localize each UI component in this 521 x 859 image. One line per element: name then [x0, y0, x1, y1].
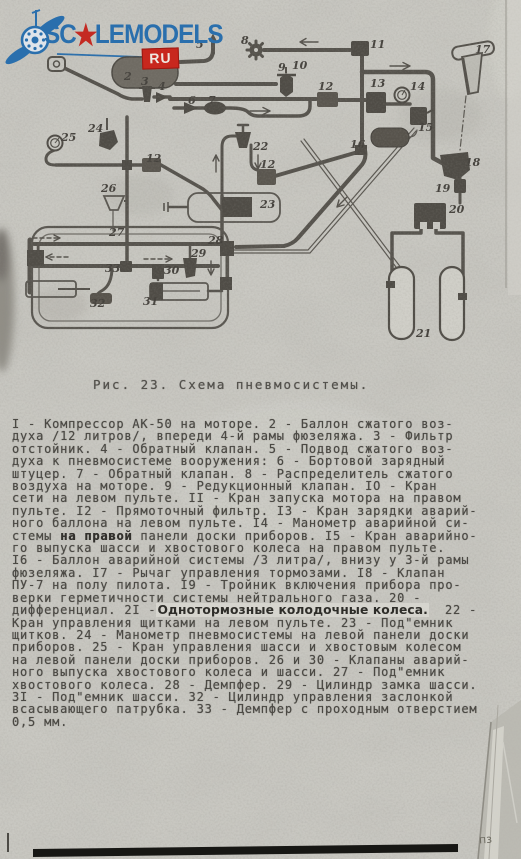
legend-line: всасывающего патрубка. 33 - Демпфер с пр… [12, 703, 512, 715]
logo-text: SC★LEMODELS [44, 18, 223, 53]
page-number: пз [479, 833, 493, 847]
logo-text-pre: SC [44, 19, 76, 49]
logo-star-icon: ★ [74, 20, 97, 52]
legend-segment: 0,5 мм. [12, 715, 68, 729]
logo-ru-badge: RU [142, 47, 180, 69]
logo-text-post: LEMODELS [95, 19, 223, 49]
legend-line: 0,5 мм. [12, 716, 512, 728]
right-edge-strip [508, 0, 521, 295]
scanned-manual-page: 2345867910111213141516171819202122122324… [0, 0, 521, 859]
legend-segment: всасывающего патрубка. 33 - Демпфер с пр… [12, 702, 477, 716]
figure-caption: Рис. 23. Схема пневмосистемы. [93, 377, 369, 392]
legend-text: I - Компрессор АК-50 на моторе. 2 - Балл… [12, 418, 512, 728]
